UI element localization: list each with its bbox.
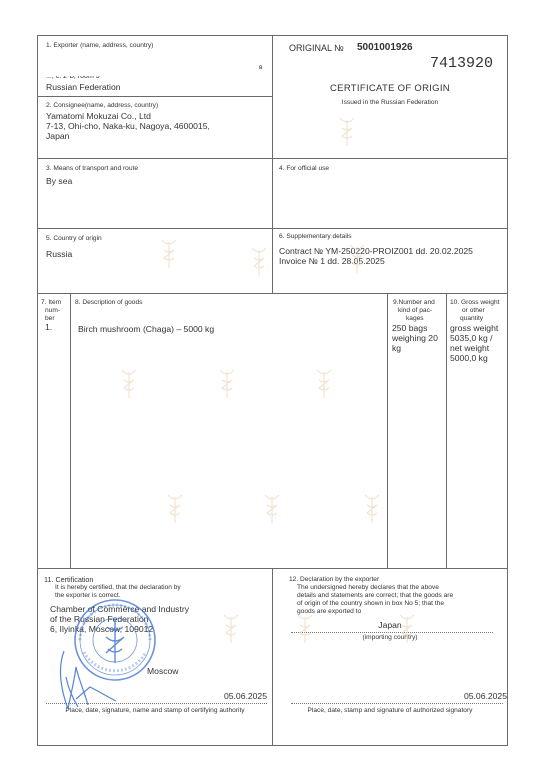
certification-statement-1: It is hereby certified, that the declara…: [55, 584, 181, 592]
packages-header-1: 9.Number and: [393, 299, 435, 307]
quantity-line-2: 5035,0 kg /: [450, 333, 493, 344]
declaration-statement-2: details and statements are correct; that…: [297, 592, 453, 600]
declaration-date: 05.06.2025: [464, 691, 507, 702]
quantity-line-1: gross weight: [450, 323, 498, 334]
consignee-line-1: Yamatomi Mokuzai Co., Ltd: [46, 111, 151, 122]
box-transport: 3. Means of transport and route By sea: [38, 159, 273, 229]
watermark-emblem-icon: [338, 114, 356, 148]
consignee-label: 2. Consignee(name, address, country): [46, 102, 158, 110]
certification-date: 05.06.2025: [224, 691, 267, 702]
quantity-line-4: 5000,0 kg: [450, 353, 488, 364]
watermark-emblem-icon: [120, 366, 138, 400]
watermark-emblem-icon: [398, 611, 416, 645]
country-origin-value: Russia: [46, 249, 72, 260]
contract-line: Contract № YM-250220-PROIZ001 dd. 20.02.…: [279, 246, 473, 257]
box-packages: 9.Number and kind of pac- kages 250 bags…: [388, 294, 447, 569]
certification-label: 11. Certification: [44, 576, 93, 584]
certificate-form: 1. Exporter (name, address, country) в .…: [37, 35, 508, 746]
goods-description: Birch mushroom (Chaga) – 5000 kg: [78, 324, 214, 335]
watermark-emblem-icon: [363, 491, 381, 525]
watermark-emblem-icon: [296, 611, 314, 645]
quantity-header-1: 10. Gross weight: [450, 299, 499, 307]
original-label: ORIGINAL №: [289, 43, 344, 54]
box-exporter: 1. Exporter (name, address, country) в .…: [38, 36, 273, 97]
box-official-use: 4. For official use: [273, 159, 507, 229]
packages-line-3: kg: [392, 343, 401, 354]
box-quantity: 10. Gross weight or other quantity gross…: [447, 294, 507, 569]
country-origin-label: 5. Country of origin: [46, 235, 102, 243]
packages-header-3: kages: [406, 315, 424, 323]
packages-line-1: 250 bags: [392, 323, 427, 334]
signature-scribble-icon: [56, 647, 126, 717]
consignee-line-3: Japan: [46, 131, 69, 142]
declaration-signature-line: [291, 703, 503, 704]
importing-country-line: [291, 632, 493, 633]
declaration-label: 12. Declaration by the exporter: [289, 576, 379, 584]
declaration-caption: Place, date, stamp and signature of auth…: [273, 707, 507, 715]
certificate-title: CERTIFICATE OF ORIGIN: [273, 84, 507, 95]
box-item-number: 7. Item num- ber 1.: [38, 294, 71, 569]
box-country-origin: 5. Country of origin Russia: [38, 229, 273, 294]
watermark-emblem-icon: [218, 366, 236, 400]
box-consignee: 2. Consignee(name, address, country) Yam…: [38, 97, 273, 159]
exporter-address-partial: ..., с. 2-Б, room 3: [46, 72, 100, 83]
stray-mark: в: [259, 64, 263, 72]
watermark-emblem-icon: [166, 491, 184, 525]
transport-value: By sea: [46, 176, 72, 187]
supplementary-label: 6. Supplementary details: [279, 233, 352, 241]
packages-header-2: kind of pac-: [398, 307, 432, 315]
description-header: 8. Description of goods: [75, 299, 142, 307]
packages-line-2: weighing 20: [392, 333, 438, 344]
box-declaration: 12. Declaration by the exporter The unde…: [273, 569, 507, 745]
invoice-line: Invoice № 1 dd. 28.05.2025: [279, 256, 385, 267]
serial-number: 7413920: [430, 55, 493, 73]
exporter-country: Russian Federation: [46, 82, 121, 93]
quantity-header-2: or other: [462, 307, 485, 315]
item-number: 1.: [45, 322, 52, 333]
declaration-statement-3: of origin of the country shown in box No…: [297, 600, 444, 608]
item-header-2: num-: [45, 307, 60, 315]
issued-in: Issued in the Russian Federation: [273, 99, 507, 107]
watermark-emblem-icon: [222, 611, 240, 645]
watermark-emblem-icon: [348, 241, 366, 275]
watermark-emblem-icon: [250, 244, 268, 278]
original-number: 5001001926: [357, 43, 413, 54]
watermark-emblem-icon: [263, 491, 281, 525]
transport-label: 3. Means of transport and route: [46, 165, 138, 173]
consignee-line-2: 7-13, Ohi-cho, Naka-ku, Nagoya, 4600015,: [46, 121, 210, 132]
official-use-label: 4. For official use: [279, 165, 329, 173]
item-header-1: 7. Item: [41, 299, 61, 307]
quantity-line-3: net weight: [450, 343, 489, 354]
quantity-header-3: quantity: [460, 315, 483, 323]
watermark-emblem-icon: [160, 236, 178, 270]
box-supplementary: 6. Supplementary details Contract № YM-2…: [273, 229, 507, 294]
watermark-emblem-icon: [315, 366, 333, 400]
box-certification: 11. Certification It is hereby certified…: [38, 569, 273, 745]
declaration-statement-1: The undersigned hereby declares that the…: [297, 584, 439, 592]
certificate-header: ORIGINAL № 5001001926 7413920 CERTIFICAT…: [273, 36, 507, 159]
exporter-label: 1. Exporter (name, address, country): [46, 42, 153, 50]
box-description: 8. Description of goods Birch mushroom (…: [71, 294, 388, 569]
